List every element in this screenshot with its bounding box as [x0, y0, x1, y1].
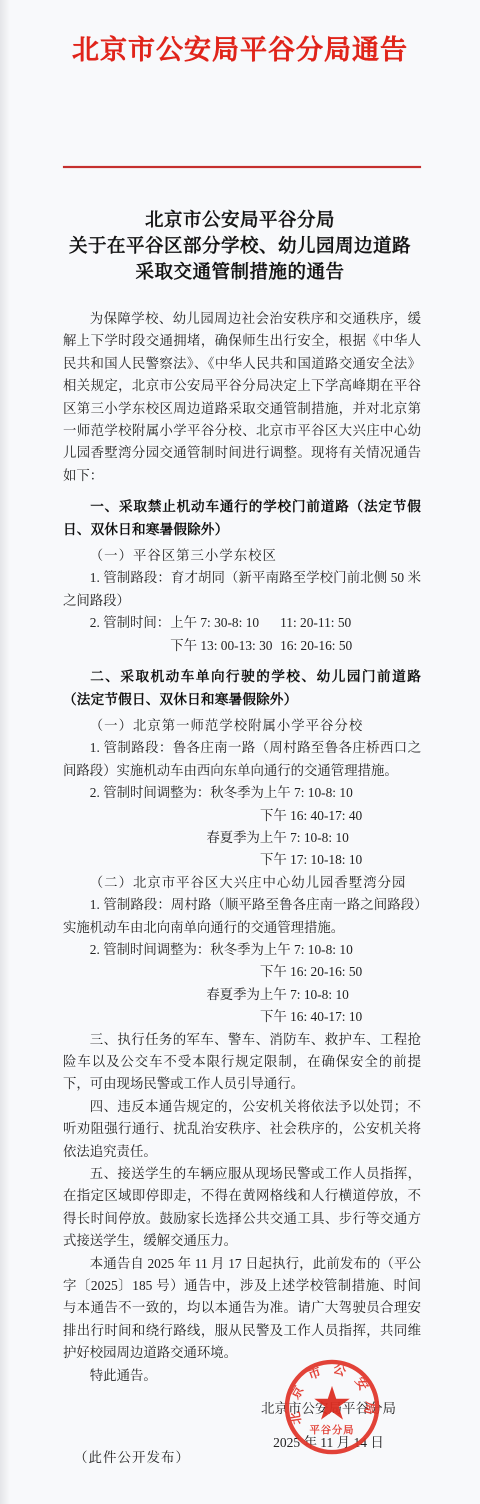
document-heading: 北京市公安局平谷分局 关于在平谷区部分学校、幼儿园周边道路 采取交通管制措施的通…: [0, 208, 480, 286]
document-body: 为保障学校、幼儿园周边社会治安秩序和交通秩序，缓解上下学时段交通拥堵，确保师生出…: [63, 308, 421, 1387]
section-1-heading: 一、采取禁止机动车通行的学校门前道路（法定节假日、双休日和寒暑假除外）: [63, 496, 421, 541]
time-label: 2. 管制时间：: [90, 612, 170, 634]
issue-date: 2025 年 11 月 14 日: [261, 1433, 396, 1453]
masthead: 北京市公安局平谷分局通告: [0, 0, 480, 70]
section-2a-school: （一）北京第一师范学校附属小学平谷分校: [63, 715, 421, 737]
indent-spacer: [63, 635, 90, 657]
time-label-spacer: [90, 635, 170, 657]
time-slot: 上午 7: 30-8: 10: [170, 612, 280, 634]
time-slot: 11: 20-11: 50: [280, 612, 351, 634]
effective-date-paragraph: 本通告自 2025 年 11 月 17 日起执行，此前发布的（平公字〔2025〕…: [63, 1253, 421, 1365]
section-2a-time-line: 春夏季为上午 7: 10-8: 10: [63, 827, 421, 849]
section-2b-time-line: 下午 16: 40-17: 10: [63, 1006, 421, 1028]
section-5-paragraph: 五、接送学生的车辆应服从现场民警或工作人员指挥，在指定区域即停即走，不得在黄网格…: [63, 1163, 421, 1253]
section-2b-time-line: 春夏季为上午 7: 10-8: 10: [63, 984, 421, 1006]
indent-spacer: [63, 612, 90, 634]
section-1-road: 1. 管制路段：育才胡同（新平南路至学校门前北侧 50 米之间路段）: [63, 567, 421, 612]
section-2b-road: 1. 管制路段：周村路（顺平路至鲁各庄南一路之间路段）实施机动车由北向南单向通行…: [63, 894, 421, 939]
section-2a-time-line: 下午 16: 40-17: 40: [63, 805, 421, 827]
closing-line: 特此通告。: [63, 1365, 421, 1387]
time-row-pm: 下午 13: 00-13: 30 16: 20-16: 50: [63, 635, 421, 657]
section-2-heading: 二、采取机动车单向行驶的学校、幼儿园门前道路（法定节假日、双休日和寒暑假除外）: [63, 666, 421, 711]
document-heading-line-2: 关于在平谷区部分学校、幼儿园周边道路: [0, 234, 480, 260]
section-2b-time-line: 2. 管制时间调整为：秋冬季为上午 7: 10-8: 10: [63, 939, 421, 961]
time-slot: 16: 20-16: 50: [280, 635, 352, 657]
section-2a-time-line: 下午 17: 10-18: 10: [63, 849, 421, 871]
section-2b-time-line: 下午 16: 20-16: 50: [63, 961, 421, 983]
document-heading-line-1: 北京市公安局平谷分局: [0, 208, 480, 234]
time-slot: 下午 13: 00-13: 30: [170, 635, 280, 657]
issuer-name: 北京市公安局平谷分局: [261, 1399, 396, 1419]
intro-paragraph: 为保障学校、幼儿园周边社会治安秩序和交通秩序，缓解上下学时段交通拥堵，确保师生出…: [63, 308, 421, 487]
public-release-note: （此件公开发布）: [74, 1446, 190, 1466]
section-2a-road: 1. 管制路段：鲁各庄南一路（周村路至鲁各庄桥西口之间路段）实施机动车由西向东单…: [63, 737, 421, 782]
section-2b-school: （二）北京市平谷区大兴庄中心幼儿园香墅湾分园: [63, 872, 421, 894]
signature-block: 北京市公安局平谷分局 2025 年 11 月 14 日: [261, 1399, 396, 1453]
section-2a-time-line: 2. 管制时间调整为：秋冬季为上午 7: 10-8: 10: [63, 782, 421, 804]
section-1-time-schedule: 2. 管制时间： 上午 7: 30-8: 10 11: 20-11: 50 下午…: [63, 612, 421, 657]
section-3-paragraph: 三、执行任务的军车、警车、消防车、救护车、工程抢险车以及公交车不受本限行规定限制…: [63, 1029, 421, 1096]
masthead-title: 北京市公安局平谷分局通告: [0, 30, 480, 70]
section-1-school: （一）平谷区第三小学东校区: [63, 545, 421, 567]
red-divider-line: [63, 166, 421, 168]
notice-document: 北京市公安局平谷分局通告 北京市公安局平谷分局 关于在平谷区部分学校、幼儿园周边…: [0, 0, 480, 1504]
section-4-paragraph: 四、违反本通告规定的，公安机关将依法予以处罚；不听劝阻强行通行、扰乱治安秩序、社…: [63, 1096, 421, 1163]
time-row-am: 2. 管制时间： 上午 7: 30-8: 10 11: 20-11: 50: [63, 612, 421, 634]
document-heading-line-3: 采取交通管制措施的通告: [0, 260, 480, 286]
